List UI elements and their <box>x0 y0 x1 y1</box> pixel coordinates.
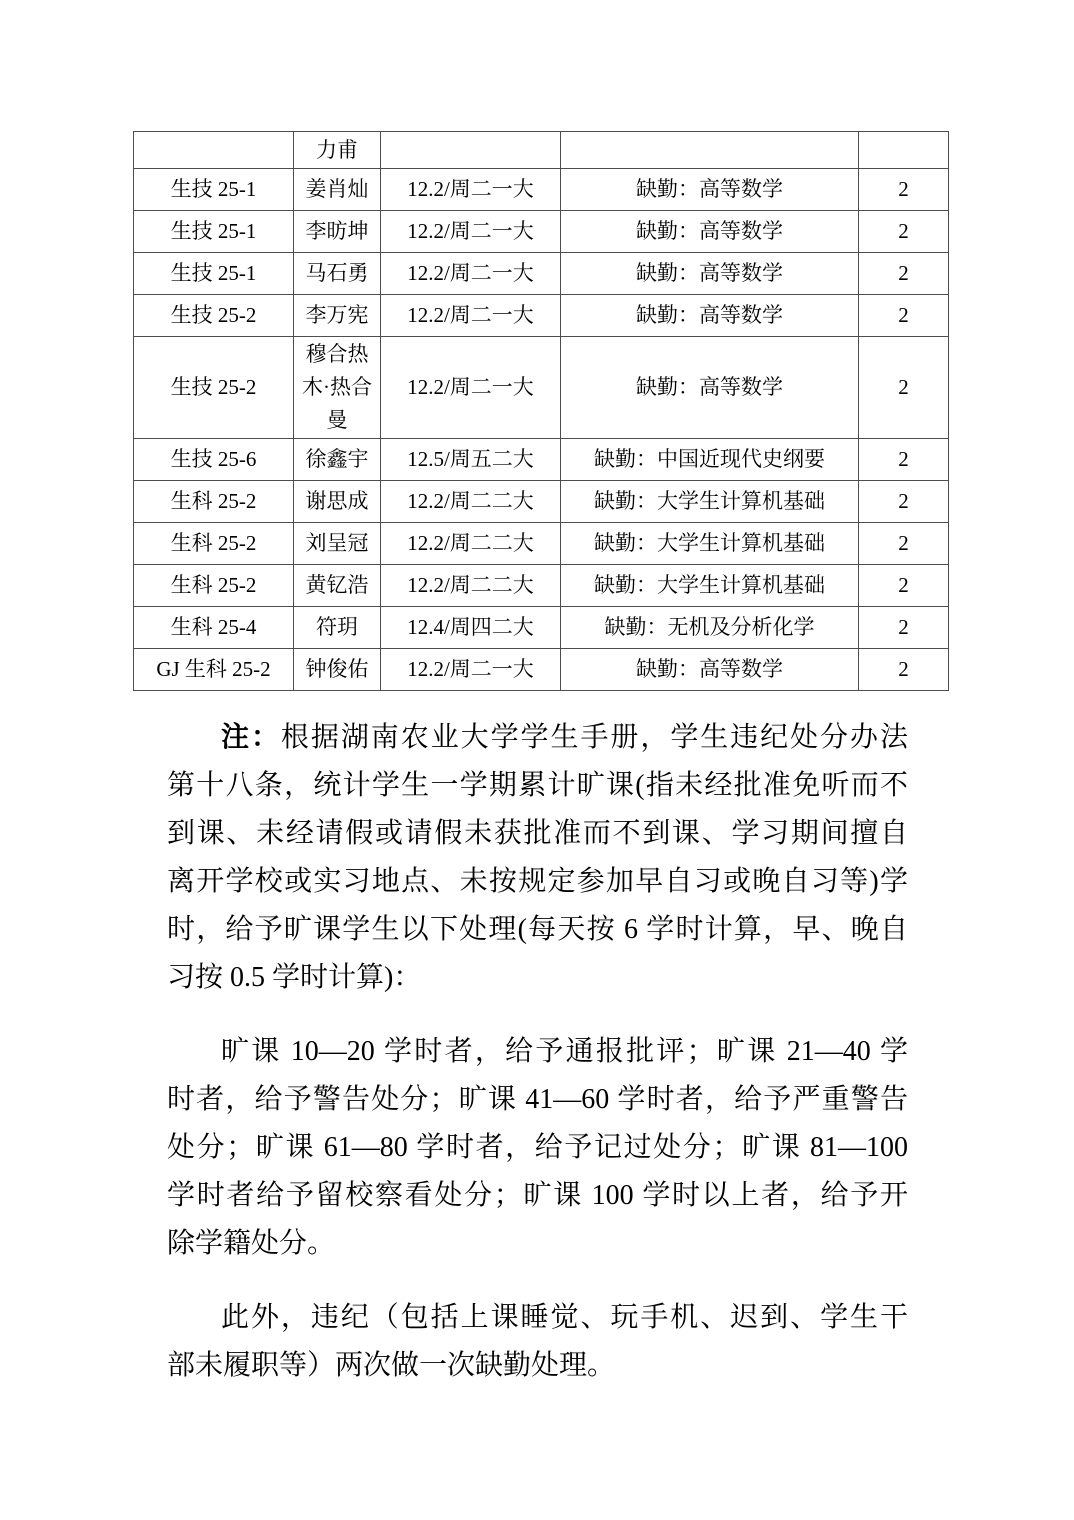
session-cell: 12.2/周二一大 <box>381 169 561 211</box>
document-page: 力甫生技 25-1姜肖灿12.2/周二一大缺勤：高等数学2生技 25-1李昉坤1… <box>0 0 1074 1520</box>
attendance-table: 力甫生技 25-1姜肖灿12.2/周二一大缺勤：高等数学2生技 25-1李昉坤1… <box>133 131 949 691</box>
class-cell: 生技 25-1 <box>134 211 294 253</box>
absence-cell: 缺勤：大学生计算机基础 <box>561 481 859 523</box>
class-cell: GJ 生科 25-2 <box>134 649 294 691</box>
session-cell: 12.2/周二一大 <box>381 211 561 253</box>
note-paragraph: 注：根据湖南农业大学学生手册，学生违纪处分办法第十八条，统计学生一学期累计旷课(… <box>167 714 908 1002</box>
class-cell <box>134 132 294 169</box>
count-cell: 2 <box>859 565 949 607</box>
class-cell: 生技 25-1 <box>134 253 294 295</box>
note-line: 到课、未经请假或请假未获批准而不到课、学习期间擅自 <box>167 810 908 858</box>
count-cell <box>859 132 949 169</box>
student-name-cell: 马石勇 <box>294 253 381 295</box>
session-cell: 12.2/周二一大 <box>381 337 561 439</box>
absence-cell <box>561 132 859 169</box>
class-cell: 生技 25-1 <box>134 169 294 211</box>
note-line: 旷课 10—20 学时者，给予通报批评；旷课 21—40 学 <box>167 1028 908 1076</box>
note-line: 除学籍处分。 <box>167 1220 908 1268</box>
class-cell: 生技 25-6 <box>134 439 294 481</box>
table-row: 生技 25-2穆合热木·热合曼12.2/周二一大缺勤：高等数学2 <box>134 337 949 439</box>
session-cell: 12.4/周四二大 <box>381 607 561 649</box>
session-cell: 12.2/周二二大 <box>381 565 561 607</box>
table-row: GJ 生科 25-2钟俊佑12.2/周二一大缺勤：高等数学2 <box>134 649 949 691</box>
student-name-cell: 黄钇浩 <box>294 565 381 607</box>
note-label: 注： <box>221 722 281 753</box>
count-cell: 2 <box>859 211 949 253</box>
session-cell: 12.2/周二二大 <box>381 523 561 565</box>
count-cell: 2 <box>859 481 949 523</box>
absence-cell: 缺勤：高等数学 <box>561 253 859 295</box>
note-line: 处分；旷课 61—80 学时者，给予记过处分；旷课 81—100 <box>167 1124 908 1172</box>
note-line: 第十八条，统计学生一学期累计旷课(指未经批准免听而不 <box>167 762 908 810</box>
table-row: 生技 25-1马石勇12.2/周二一大缺勤：高等数学2 <box>134 253 949 295</box>
absence-cell: 缺勤：高等数学 <box>561 295 859 337</box>
note-paragraph: 旷课 10—20 学时者，给予通报批评；旷课 21—40 学时者，给予警告处分；… <box>167 1028 908 1268</box>
class-cell: 生技 25-2 <box>134 295 294 337</box>
note-line: 此外，违纪（包括上课睡觉、玩手机、迟到、学生干 <box>167 1294 908 1342</box>
count-cell: 2 <box>859 337 949 439</box>
note-line: 习按 0.5 学时计算)： <box>167 954 908 1002</box>
student-name-cell: 李万宪 <box>294 295 381 337</box>
count-cell: 2 <box>859 607 949 649</box>
note-paragraph: 此外，违纪（包括上课睡觉、玩手机、迟到、学生干部未履职等）两次做一次缺勤处理。 <box>167 1294 908 1390</box>
note-line: 时者，给予警告处分；旷课 41—60 学时者，给予严重警告 <box>167 1076 908 1124</box>
count-cell: 2 <box>859 169 949 211</box>
count-cell: 2 <box>859 523 949 565</box>
session-cell: 12.5/周五二大 <box>381 439 561 481</box>
student-name-cell: 刘呈冠 <box>294 523 381 565</box>
note-line: 部未履职等）两次做一次缺勤处理。 <box>167 1342 908 1390</box>
absence-cell: 缺勤：高等数学 <box>561 649 859 691</box>
note-line: 注：根据湖南农业大学学生手册，学生违纪处分办法 <box>167 714 908 762</box>
session-cell: 12.2/周二一大 <box>381 649 561 691</box>
table-row: 生技 25-2李万宪12.2/周二一大缺勤：高等数学2 <box>134 295 949 337</box>
count-cell: 2 <box>859 439 949 481</box>
student-name-cell: 钟俊佑 <box>294 649 381 691</box>
absence-cell: 缺勤：中国近现代史纲要 <box>561 439 859 481</box>
session-cell: 12.2/周二一大 <box>381 253 561 295</box>
note-line: 时，给予旷课学生以下处理(每天按 6 学时计算，早、晚自 <box>167 906 908 954</box>
absence-cell: 缺勤：高等数学 <box>561 169 859 211</box>
table-row: 生技 25-1李昉坤12.2/周二一大缺勤：高等数学2 <box>134 211 949 253</box>
student-name-cell: 力甫 <box>294 132 381 169</box>
absence-cell: 缺勤：大学生计算机基础 <box>561 523 859 565</box>
table-row: 生科 25-4符玥12.4/周四二大缺勤：无机及分析化学2 <box>134 607 949 649</box>
absence-cell: 缺勤：高等数学 <box>561 337 859 439</box>
student-name-cell: 徐鑫宇 <box>294 439 381 481</box>
session-cell: 12.2/周二一大 <box>381 295 561 337</box>
class-cell: 生科 25-2 <box>134 481 294 523</box>
note-line: 学时者给予留校察看处分；旷课 100 学时以上者，给予开 <box>167 1172 908 1220</box>
table-row: 生科 25-2谢思成12.2/周二二大缺勤：大学生计算机基础2 <box>134 481 949 523</box>
session-cell <box>381 132 561 169</box>
table-row: 生技 25-1姜肖灿12.2/周二一大缺勤：高等数学2 <box>134 169 949 211</box>
student-name-cell: 姜肖灿 <box>294 169 381 211</box>
absence-cell: 缺勤：大学生计算机基础 <box>561 565 859 607</box>
table-row: 力甫 <box>134 132 949 169</box>
absence-cell: 缺勤：高等数学 <box>561 211 859 253</box>
class-cell: 生科 25-4 <box>134 607 294 649</box>
table-row: 生科 25-2黄钇浩12.2/周二二大缺勤：大学生计算机基础2 <box>134 565 949 607</box>
table-row: 生技 25-6徐鑫宇12.5/周五二大缺勤：中国近现代史纲要2 <box>134 439 949 481</box>
student-name-cell: 李昉坤 <box>294 211 381 253</box>
student-name-cell: 谢思成 <box>294 481 381 523</box>
student-name-cell: 穆合热木·热合曼 <box>294 337 381 439</box>
session-cell: 12.2/周二二大 <box>381 481 561 523</box>
student-name-cell: 符玥 <box>294 607 381 649</box>
count-cell: 2 <box>859 253 949 295</box>
class-cell: 生技 25-2 <box>134 337 294 439</box>
note-line: 离开学校或实习地点、未按规定参加早自习或晚自习等)学 <box>167 858 908 906</box>
absence-cell: 缺勤：无机及分析化学 <box>561 607 859 649</box>
notes-section: 注：根据湖南农业大学学生手册，学生违纪处分办法第十八条，统计学生一学期累计旷课(… <box>167 714 908 1390</box>
class-cell: 生科 25-2 <box>134 523 294 565</box>
table-row: 生科 25-2刘呈冠12.2/周二二大缺勤：大学生计算机基础2 <box>134 523 949 565</box>
class-cell: 生科 25-2 <box>134 565 294 607</box>
count-cell: 2 <box>859 649 949 691</box>
count-cell: 2 <box>859 295 949 337</box>
